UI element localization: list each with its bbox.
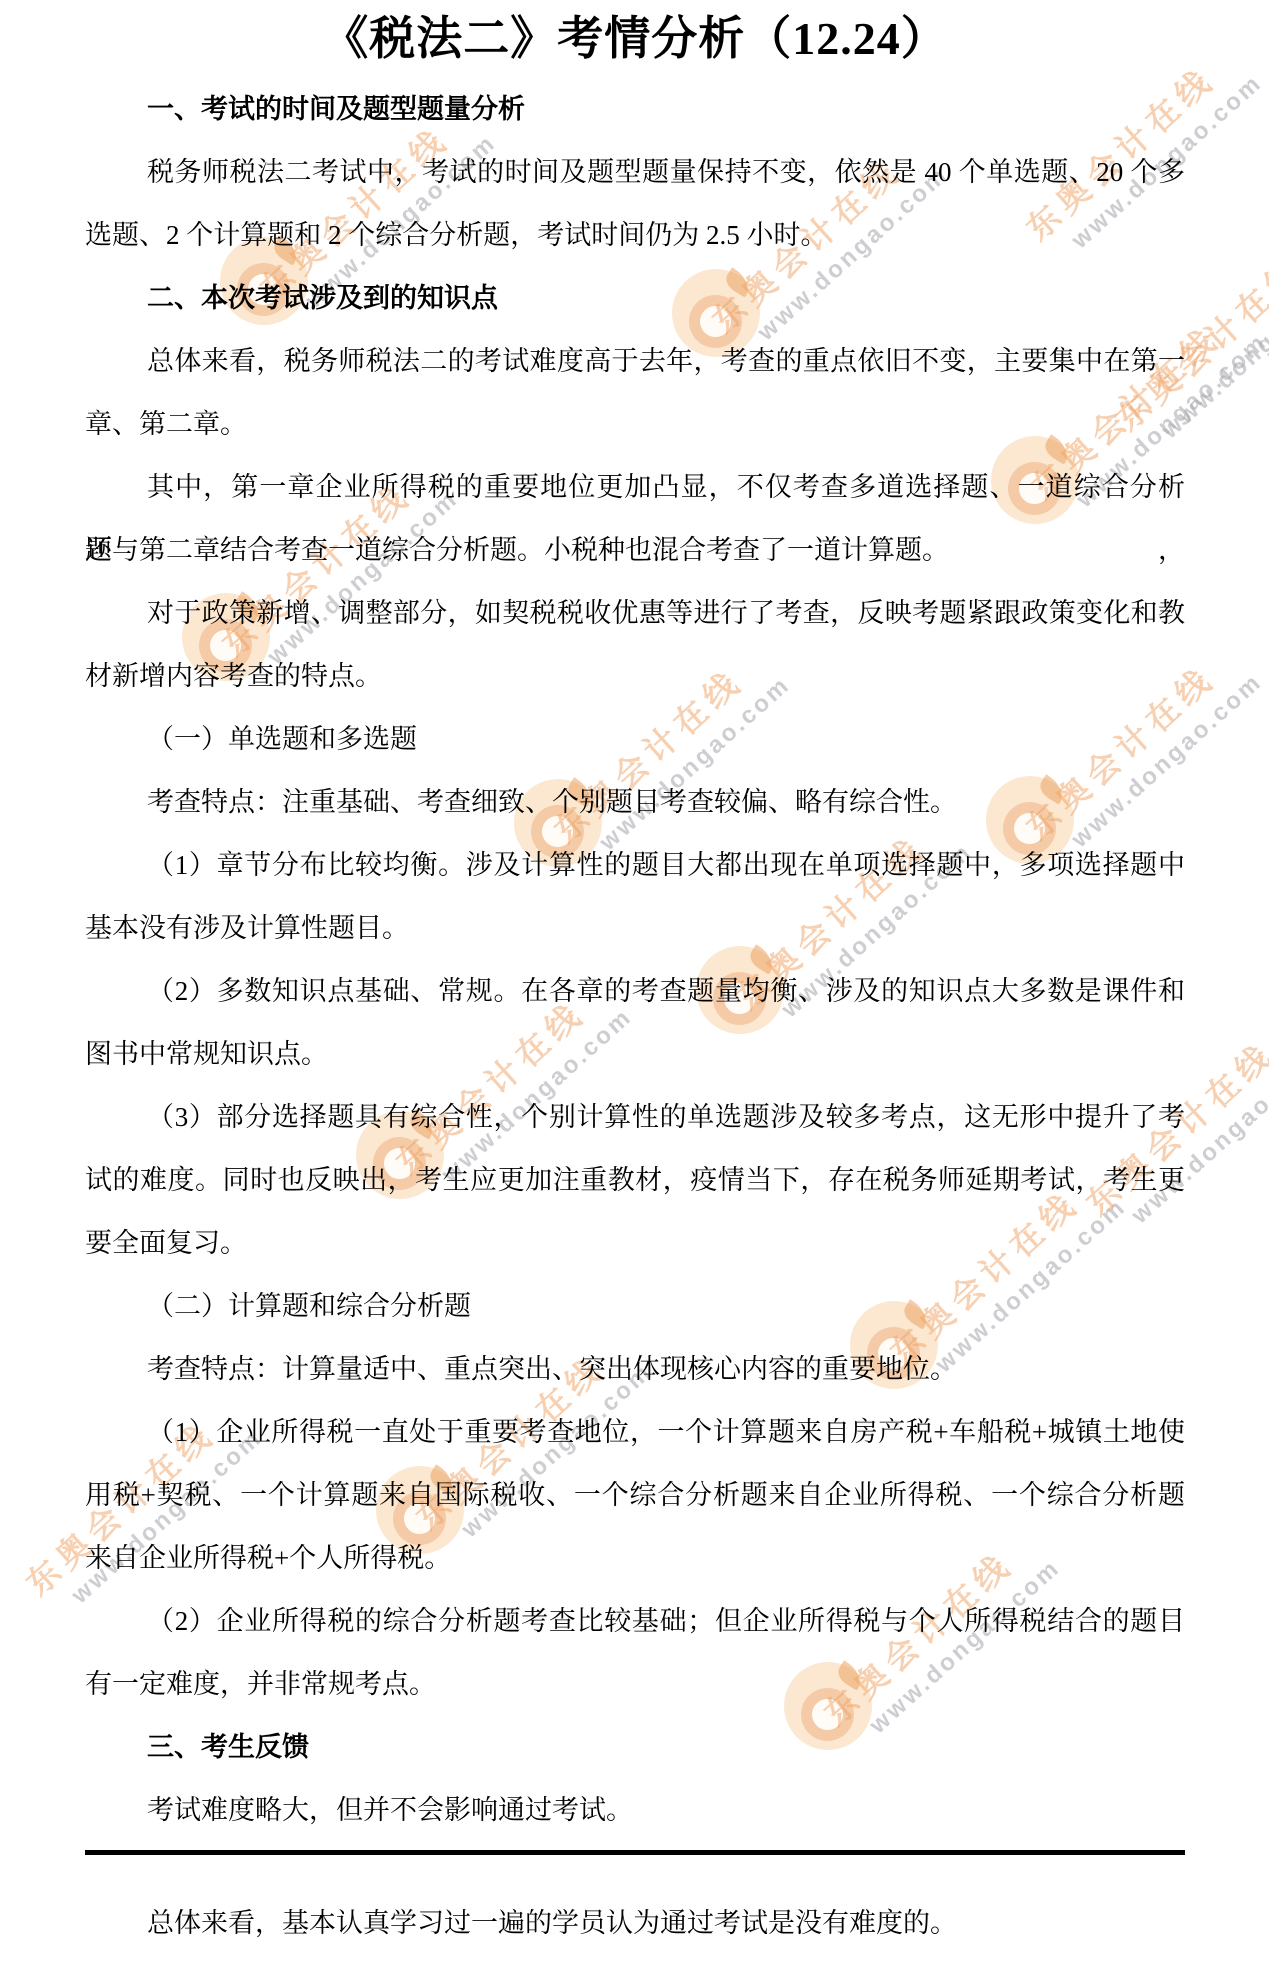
text-line: 基本没有涉及计算性题目。 xyxy=(85,897,1185,960)
text-line: 材新增内容考查的特点。 xyxy=(85,645,1185,708)
text-line: 用税+契税、一个计算题来自国际税收、一个综合分析题来自企业所得税、一个综合分析题 xyxy=(85,1464,1185,1527)
text-line: （一）单选题和多选题 xyxy=(85,708,1185,771)
text-line: 图书中常规知识点。 xyxy=(85,1023,1185,1086)
text-line: 有一定难度，并非常规考点。 xyxy=(85,1653,1185,1716)
text-line: （3）部分选择题具有综合性，个别计算性的单选题涉及较多考点，这无形中提升了考 xyxy=(85,1086,1185,1149)
text-line: （2）多数知识点基础、常规。在各章的考查题量均衡、涉及的知识点大多数是课件和 xyxy=(85,960,1185,1023)
text-line: 要全面复习。 xyxy=(85,1212,1185,1275)
text-line: 章、第二章。 xyxy=(85,393,1185,456)
text-line: 总体来看，税务师税法二的考试难度高于去年，考查的重点依旧不变，主要集中在第一 xyxy=(85,330,1185,393)
section-heading: 三、考生反馈 xyxy=(85,1716,1185,1779)
text-line: 选题、2 个计算题和 2 个综合分析题，考试时间仍为 2.5 小时。 xyxy=(85,204,1185,267)
text-line: 来自企业所得税+个人所得税。 xyxy=(85,1527,1185,1590)
text-line: （1）章节分布比较均衡。涉及计算性的题目大都出现在单项选择题中，多项选择题中 xyxy=(85,834,1185,897)
section-heading: 二、本次考试涉及到的知识点 xyxy=(85,267,1185,330)
text-line: 考查特点：计算量适中、重点突出、突出体现核心内容的重要地位。 xyxy=(85,1338,1185,1401)
text-line: （2）企业所得税的综合分析题考查比较基础；但企业所得税与个人所得税结合的题目 xyxy=(85,1590,1185,1653)
document-body: 一、考试的时间及题型题量分析税务师税法二考试中，考试的时间及题型题量保持不变，依… xyxy=(85,78,1185,1955)
text-line: （二）计算题和综合分析题 xyxy=(85,1275,1185,1338)
text-line: 税务师税法二考试中，考试的时间及题型题量保持不变，依然是 40 个单选题、20 … xyxy=(85,141,1185,204)
text-line: 考查特点：注重基础、考查细致、个别题目考查较偏、略有综合性。 xyxy=(85,771,1185,834)
section-heading: 一、考试的时间及题型题量分析 xyxy=(85,78,1185,141)
text-line: 考试难度略大，但并不会影响通过考试。 xyxy=(85,1779,1185,1842)
text-line: 对于政策新增、调整部分，如契税税收优惠等进行了考查，反映考题紧跟政策变化和教 xyxy=(85,582,1185,645)
text-line: （1）企业所得税一直处于重要考查地位，一个计算题来自房产税+车船税+城镇土地使 xyxy=(85,1401,1185,1464)
document-page: 东奥会计在线www.dongao.com东奥会计在线www.dongao.com… xyxy=(0,0,1269,1977)
page-divider xyxy=(85,1850,1185,1855)
text-line: 试的难度。同时也反映出，考生应更加注重教材，疫情当下，存在税务师延期考试，考生更 xyxy=(85,1149,1185,1212)
document-title: 《税法二》考情分析（12.24） xyxy=(85,10,1185,68)
text-line: 其中，第一章企业所得税的重要地位更加凸显，不仅考查多道选择题、一道综合分析题， xyxy=(85,456,1185,519)
text-line: 总体来看，基本认真学习过一遍的学员认为通过考试是没有难度的。 xyxy=(85,1892,1185,1955)
